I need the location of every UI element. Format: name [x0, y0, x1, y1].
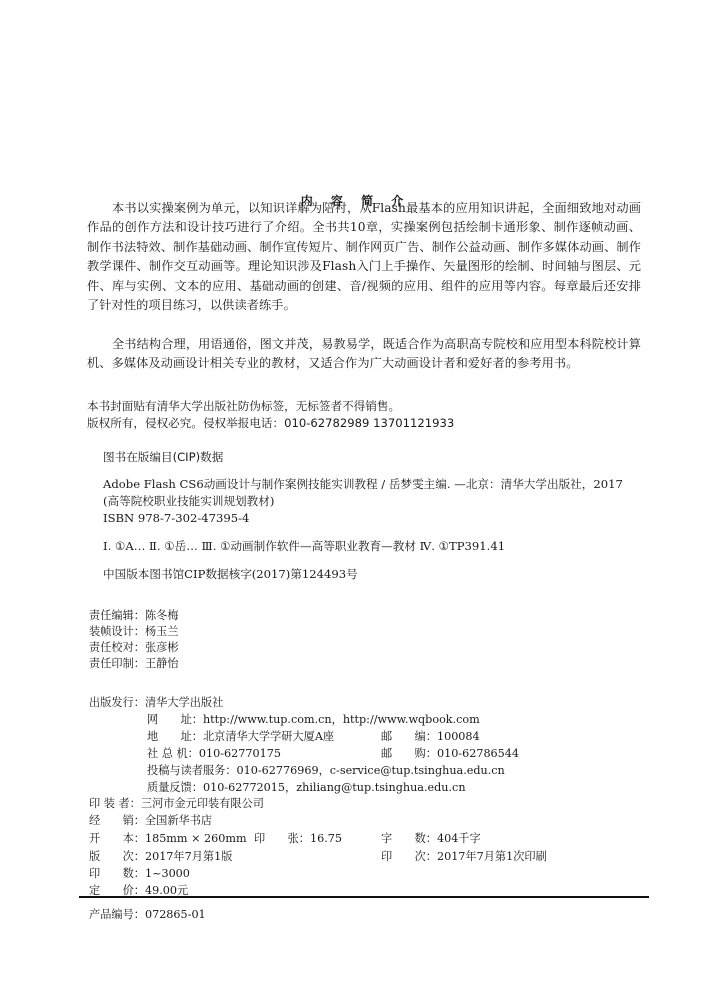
submission-row: 投稿与读者服务：010-62776969，c-service@tup.tsing… [147, 762, 505, 778]
words-value: 404千字 [437, 832, 481, 845]
credit-label: 责任编辑： [89, 609, 145, 622]
switchboard-value: 010-62770175 [199, 747, 281, 760]
publisher-row: 出版发行：清华大学出版社 [89, 694, 223, 710]
distributor-row: 经 销：全国新华书店 [89, 812, 212, 828]
product-code-label: 产品编号： [89, 908, 145, 921]
print-run-label: 印 数： [89, 867, 145, 880]
publisher-name: 清华大学出版社 [145, 696, 223, 709]
credit-label: 装帧设计： [89, 625, 145, 638]
credit-value: 杨玉兰 [145, 625, 179, 638]
edition-value: 2017年7月第1版 [145, 850, 232, 863]
sheets-value: 16.75 [310, 832, 342, 845]
credit-editor: 责任编辑：陈冬梅 [89, 608, 179, 623]
website-label: 网 址： [147, 713, 203, 726]
postcode-value: 100084 [437, 730, 480, 743]
format-value: 185mm × 260mm [145, 832, 247, 845]
website-row: 网 址：http://www.tup.com.cn，http://www.wqb… [147, 711, 480, 727]
credit-value: 陈冬梅 [145, 609, 179, 622]
credit-value: 张彦彬 [145, 641, 179, 654]
feedback-value: 010-62772015，zhiliang@tup.tsinghua.edu.c… [203, 781, 466, 794]
credit-label: 责任校对： [89, 641, 145, 654]
printer-row: 印 装 者：三河市金元印装有限公司 [89, 795, 264, 811]
product-code-row: 产品编号：072865-01 [89, 906, 206, 922]
postcode-label: 邮 编： [381, 730, 437, 743]
divider-line [79, 896, 649, 898]
anti-counterfeit-notice: 本书封面贴有清华大学出版社防伪标签，无标签者不得销售。 [87, 398, 400, 415]
cip-classification: Ⅰ. ①A… Ⅱ. ①岳… Ⅲ. ①动画制作软件—高等职业教育—教材 Ⅳ. ①T… [103, 538, 505, 554]
cip-series-line: (高等院校职业技能实训规划教材) [103, 493, 274, 509]
format-label: 开 本： [89, 832, 145, 845]
submission-value: 010-62776969，c-service@tup.tsinghua.edu.… [237, 764, 505, 777]
format-row: 开 本：185mm × 260mm [89, 830, 247, 846]
mail-order-value: 010-62786544 [437, 747, 519, 760]
cip-number: 中国版本图书馆CIP数据核字(2017)第124493号 [103, 566, 358, 582]
impression-label: 印 次： [381, 850, 437, 863]
product-code-value: 072865-01 [145, 908, 206, 921]
print-run-row: 印 数：1~3000 [89, 865, 190, 881]
edition-row: 版 次：2017年7月第1版 [89, 848, 232, 864]
address-label: 地 址： [147, 730, 203, 743]
submission-label: 投稿与读者服务： [147, 764, 237, 777]
intro-paragraph-1: 本书以实操案例为单元，以知识详解为陪衬，从Flash最基本的应用知识讲起，全面细… [87, 199, 641, 315]
postcode-row: 邮 编：100084 [381, 728, 480, 744]
publisher-label: 出版发行： [89, 696, 145, 709]
printer-label: 印 装 者： [89, 797, 141, 810]
words-label: 字 数： [381, 832, 437, 845]
cip-title-line: Adobe Flash CS6动画设计与制作案例技能实训教程 / 岳梦雯主编. … [103, 476, 623, 492]
distributor-value: 全国新华书店 [145, 814, 212, 827]
intro-paragraph-2: 全书结构合理，用语通俗，图文并茂，易教易学，既适合作为高职高专院校和应用型本科院… [87, 335, 641, 374]
credit-label: 责任印制： [89, 657, 145, 670]
feedback-row: 质量反馈：010-62772015，zhiliang@tup.tsinghua.… [147, 779, 466, 795]
impression-row: 印 次：2017年7月第1次印刷 [381, 848, 547, 864]
credit-proofreader: 责任校对：张彦彬 [89, 640, 179, 655]
address-row: 地 址：北京清华大学学研大厦A座 [147, 728, 334, 744]
credit-printing-supervisor: 责任印制：王静怡 [89, 656, 179, 671]
impression-value: 2017年7月第1次印刷 [437, 850, 547, 863]
website-value: http://www.tup.com.cn，http://www.wqbook.… [203, 713, 480, 726]
switchboard-label: 社 总 机： [147, 747, 199, 760]
feedback-label: 质量反馈： [147, 781, 203, 794]
mail-order-row: 邮 购：010-62786544 [381, 745, 519, 761]
edition-label: 版 次： [89, 850, 145, 863]
switchboard-row: 社 总 机：010-62770175 [147, 745, 281, 761]
print-run-value: 1~3000 [145, 867, 190, 880]
cip-heading: 图书在版编目(CIP)数据 [103, 449, 223, 465]
sheets-label: 印 张： [254, 832, 310, 845]
words-row: 字 数：404千字 [381, 830, 481, 846]
cip-isbn: ISBN 978-7-302-47395-4 [103, 510, 249, 526]
credit-value: 王静怡 [145, 657, 179, 670]
credit-designer: 装帧设计：杨玉兰 [89, 624, 179, 639]
printer-value: 三河市金元印装有限公司 [141, 797, 264, 810]
copyright-notice: 版权所有，侵权必究。侵权举报电话：010-62782989 1370112193… [87, 415, 454, 432]
distributor-label: 经 销： [89, 814, 145, 827]
mail-order-label: 邮 购： [381, 747, 437, 760]
address-value: 北京清华大学学研大厦A座 [203, 730, 334, 743]
sheets-row: 印 张：16.75 [254, 830, 342, 846]
